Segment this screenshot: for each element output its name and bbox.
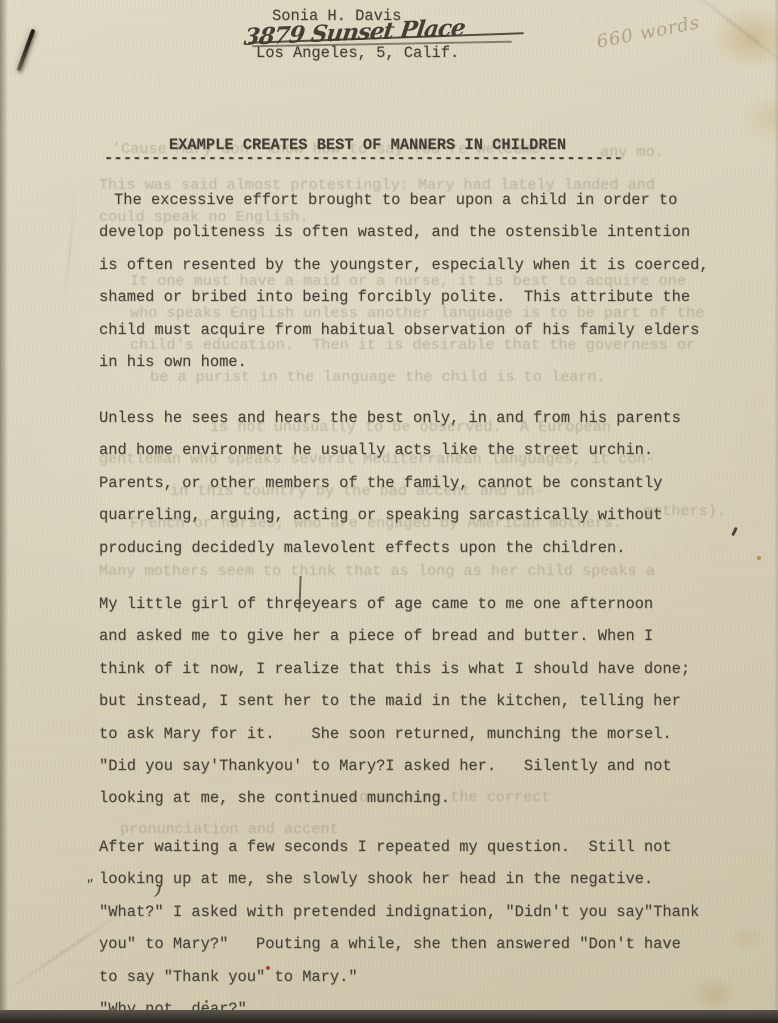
text-line: After waiting a few seconds I repeated m… — [99, 831, 719, 863]
text-line: you" to Mary?" Pouting a while, she then… — [99, 928, 719, 960]
text-line: but instead, I sent her to the maid in t… — [99, 685, 719, 717]
text-line: develop politeness is often wasted, and … — [99, 216, 719, 248]
bleed-through-text: Many mothers seem to think that as long … — [99, 562, 655, 580]
text-line: to say "Thank you" to Mary." — [99, 961, 719, 993]
text-line: is often resented by the youngster, espe… — [99, 249, 719, 281]
text-line: in his own home. — [99, 346, 719, 378]
page-edge-left — [0, 0, 8, 1011]
text-line: looking up at me, she slowly shook her h… — [99, 863, 719, 895]
text-line: producing decidedly malevolent effects u… — [99, 532, 719, 564]
manuscript-page: 'Cause Mary don' know how to say You're … — [0, 0, 778, 1011]
title-underline: ----------------------------------------… — [104, 149, 623, 167]
text-line: looking at me, she continued munching. — [99, 782, 719, 814]
paragraph-4: After waiting a few seconds I repeated m… — [99, 831, 719, 1023]
paragraph-2: Unless he sees and hears the best only, … — [99, 402, 719, 564]
paper-crease — [63, 191, 77, 310]
ink-mark — [731, 527, 738, 536]
text-line: to ask Mary for it. She soon returned, m… — [99, 718, 719, 750]
text-line: think of it now, I realize that this is … — [99, 653, 719, 685]
text-line: and asked me to give her a piece of brea… — [99, 620, 719, 652]
text-line: The excessive effort brought to bear upo… — [99, 184, 719, 216]
scan-edge-bottom — [0, 1010, 778, 1023]
page-edge-right — [774, 0, 778, 1011]
text-line: Parents, or other members of the family,… — [99, 467, 719, 499]
address-city-line: Los Angeles, 5, Calif. — [256, 44, 459, 62]
ink-speck — [757, 556, 761, 560]
text-line: Unless he sees and hears the best only, … — [99, 402, 719, 434]
text-line: and home environment he usually acts lik… — [99, 434, 719, 466]
text-line: My little girl of threeyears of age came… — [99, 588, 719, 620]
handwritten-quote-mark: ” — [85, 875, 96, 894]
text-line: shamed or bribed into being forcibly pol… — [99, 281, 719, 313]
ink-speck — [205, 1000, 208, 1003]
word-count-note: 660 words — [595, 12, 702, 53]
text-line: "Did you say'Thankyou' to Mary?I asked h… — [99, 750, 719, 782]
paper-crease — [676, 0, 778, 79]
paragraph-3: My little girl of threeyears of age came… — [99, 588, 719, 815]
text-line: quarreling, arguing, acting or speaking … — [99, 499, 719, 531]
ink-speck — [266, 966, 270, 970]
paragraph-1: The excessive effort brought to bear upo… — [99, 184, 719, 378]
staple — [17, 29, 36, 72]
text-line: "What?" I asked with pretended indignati… — [99, 896, 719, 928]
text-line: child must acquire from habitual observa… — [99, 314, 719, 346]
